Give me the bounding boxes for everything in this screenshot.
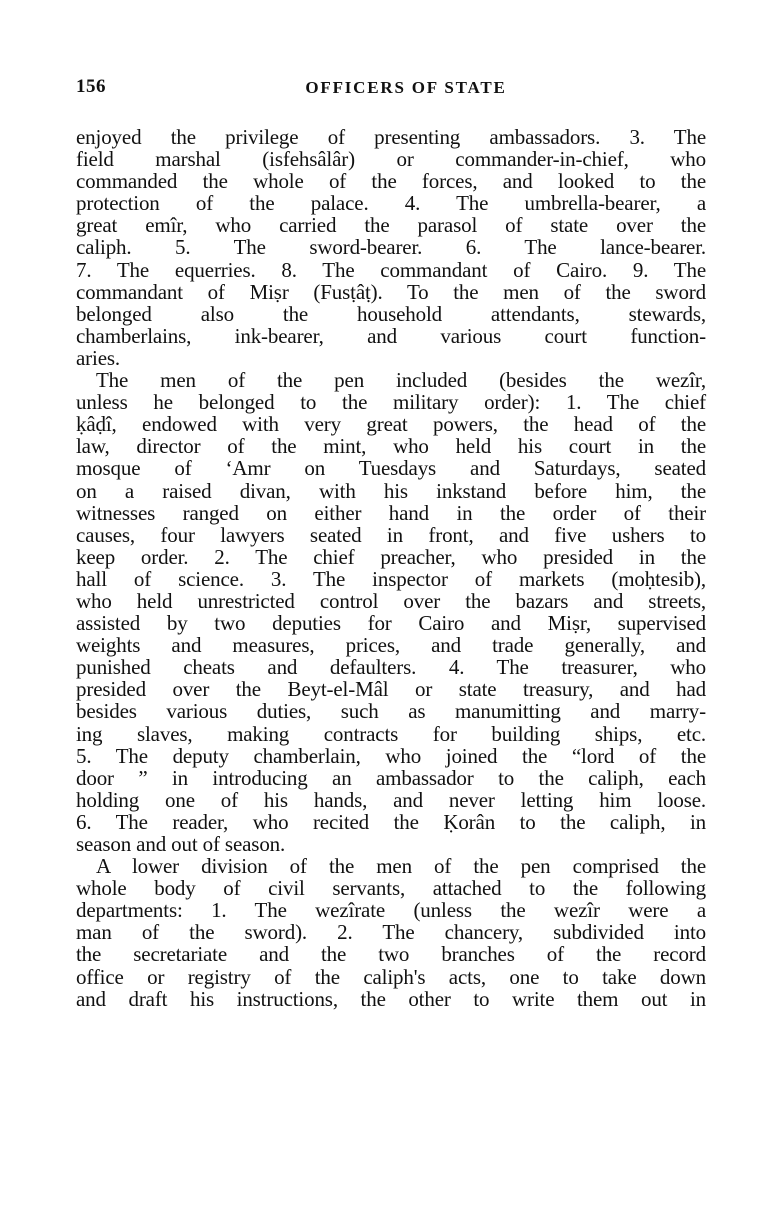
running-title: OFFICERS OF STATE bbox=[76, 78, 706, 98]
text-line: man of the sword). 2. The chancery, subd… bbox=[76, 921, 706, 943]
text-line: enjoyed the privilege of presenting amba… bbox=[76, 126, 706, 148]
text-line: great emîr, who carried the parasol of s… bbox=[76, 214, 706, 236]
text-line: 7. The equerries. 8. The commandant of C… bbox=[76, 259, 706, 281]
text-line: aries. bbox=[76, 347, 706, 369]
text-line: and draft his instructions, the other to… bbox=[76, 988, 706, 1010]
text-line: causes, four lawyers seated in front, an… bbox=[76, 524, 706, 546]
text-line: law, director of the mint, who held his … bbox=[76, 435, 706, 457]
text-line: season and out of season. bbox=[76, 833, 706, 855]
text-line: punished cheats and defaulters. 4. The t… bbox=[76, 656, 706, 678]
text-line: whole body of civil servants, attached t… bbox=[76, 877, 706, 899]
text-line: commanded the whole of the forces, and l… bbox=[76, 170, 706, 192]
text-line: mosque of ‘Amr on Tuesdays and Saturdays… bbox=[76, 457, 706, 479]
text-line: protection of the palace. 4. The umbrell… bbox=[76, 192, 706, 214]
text-line: ing slaves, making contracts for buildin… bbox=[76, 723, 706, 745]
text-line: weights and measures, prices, and trade … bbox=[76, 634, 706, 656]
text-line: unless he belonged to the military order… bbox=[76, 391, 706, 413]
text-line: presided over the Beyt-el-Mâl or state t… bbox=[76, 678, 706, 700]
text-line: assisted by two deputies for Cairo and M… bbox=[76, 612, 706, 634]
text-line: office or registry of the caliph's acts,… bbox=[76, 966, 706, 988]
text-line: departments: 1. The wezîrate (unless the… bbox=[76, 899, 706, 921]
text-line: who held unrestricted control over the b… bbox=[76, 590, 706, 612]
text-line: ḳâḍî, endowed with very great powers, th… bbox=[76, 413, 706, 435]
text-line: commandant of Miṣr (Fusṭâṭ). To the men … bbox=[76, 281, 706, 303]
paragraph-men-of-sword-continued: enjoyed the privilege of presenting amba… bbox=[76, 126, 706, 369]
text-line: the secretariate and the two branches of… bbox=[76, 943, 706, 965]
text-line: on a raised divan, with his inkstand bef… bbox=[76, 480, 706, 502]
body-text: enjoyed the privilege of presenting amba… bbox=[76, 126, 706, 1010]
paragraph-civil-servants: A lower division of the men of the pen c… bbox=[76, 855, 706, 1010]
text-line: 5. The deputy chamberlain, who joined th… bbox=[76, 745, 706, 767]
text-line: besides various duties, such as manumitt… bbox=[76, 700, 706, 722]
text-line: The men of the pen included (besides the… bbox=[76, 369, 706, 391]
text-line: door ” in introducing an ambassador to t… bbox=[76, 767, 706, 789]
text-line: hall of science. 3. The inspector of mar… bbox=[76, 568, 706, 590]
paragraph-men-of-pen: The men of the pen included (besides the… bbox=[76, 369, 706, 855]
text-line: caliph. 5. The sword-bearer. 6. The lanc… bbox=[76, 236, 706, 258]
text-line: belonged also the household attendants, … bbox=[76, 303, 706, 325]
text-line: 6. The reader, who recited the Ḳorân to … bbox=[76, 811, 706, 833]
text-line: keep order. 2. The chief preacher, who p… bbox=[76, 546, 706, 568]
text-line: field marshal (isfehsâlâr) or commander-… bbox=[76, 148, 706, 170]
text-line: witnesses ranged on either hand in the o… bbox=[76, 502, 706, 524]
running-header: 156 OFFICERS OF STATE bbox=[76, 76, 706, 104]
book-page: 156 OFFICERS OF STATE enjoyed the privil… bbox=[76, 76, 706, 1010]
text-line: chamberlains, ink-bearer, and various co… bbox=[76, 325, 706, 347]
text-line: holding one of his hands, and never lett… bbox=[76, 789, 706, 811]
text-line: A lower division of the men of the pen c… bbox=[76, 855, 706, 877]
